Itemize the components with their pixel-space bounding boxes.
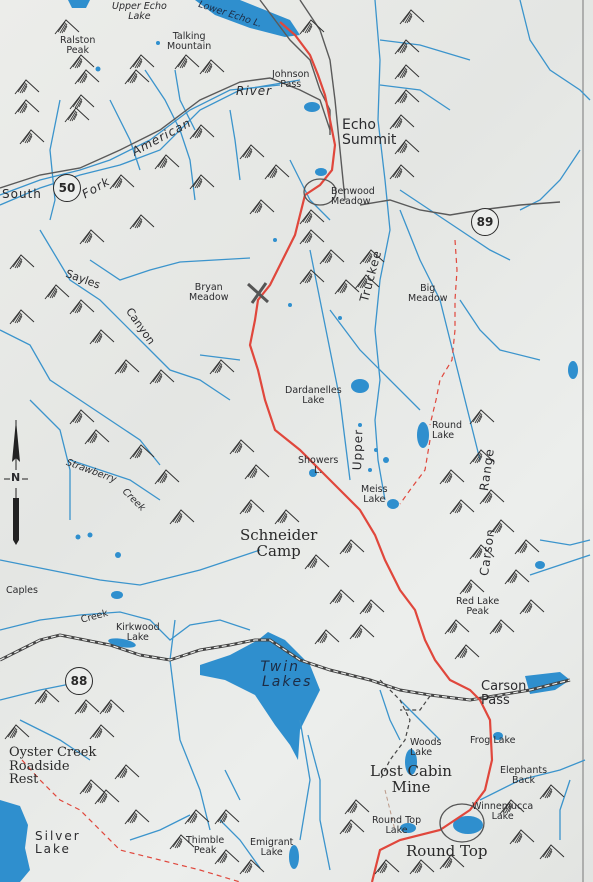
label-ralston-peak: RalstonPeak: [60, 36, 95, 56]
label-woods-lake: WoodsLake: [410, 738, 441, 758]
label-round-lake: RoundLake: [432, 421, 462, 441]
highway-88-shield: 88: [65, 667, 93, 695]
label-upper: Upper: [351, 429, 365, 471]
label-kirkwood-lake: KirkwoodLake: [116, 623, 160, 643]
trail-map: N 50 89 88 Upper EchoLake Lower Echo L. …: [0, 0, 593, 882]
label-dardanelles-lake: DardanellesLake: [285, 386, 342, 406]
label-johnson-pass: JohnsonPass: [272, 70, 309, 90]
label-red-lake-peak: Red LakePeak: [456, 597, 499, 617]
label-lost-cabin-mine: Lost CabinMine: [370, 764, 452, 796]
label-winnemucca-lake: WinnemuccaLake: [472, 802, 533, 822]
small-lake: [304, 102, 320, 112]
label-echo-summit: EchoSummit: [342, 118, 396, 147]
highway-50-shield: 50: [53, 174, 81, 202]
label-emigrant-lake: EmigrantLake: [250, 838, 293, 858]
label-silver-lake: SilverLake: [35, 830, 81, 855]
label-oyster-creek-roadside-rest: Oyster CreekRoadsideRest: [9, 746, 96, 787]
meiss-lake: [387, 499, 399, 509]
label-round-top-lake: Round TopLake: [372, 816, 421, 836]
label-meiss-lake: MeissLake: [361, 485, 388, 505]
label-schneider-camp: SchneiderCamp: [240, 528, 317, 560]
label-twin-lakes: TwinLakes: [248, 660, 312, 689]
label-frog-lake: Frog Lake: [470, 736, 515, 746]
small-lake: [111, 591, 123, 599]
compass-north-label: N: [11, 472, 20, 484]
small-lake: [535, 561, 545, 569]
pct-trail: [250, 22, 492, 882]
highway-89-shield: 89: [471, 208, 499, 236]
twin-lakes: [200, 632, 320, 760]
dardanelles-lake: [351, 379, 369, 393]
label-south: South: [2, 188, 42, 201]
round-lake: [417, 422, 429, 448]
label-showers-lake: ShowersL.: [298, 456, 338, 476]
label-bryan-meadow: BryanMeadow: [189, 283, 228, 303]
upper-echo-lake: [68, 0, 90, 8]
label-thimble-peak: ThimblePeak: [186, 836, 224, 856]
small-lake: [315, 168, 327, 176]
silver-lake: [0, 800, 30, 882]
label-benwood-meadow: BenwoodMeadow: [331, 187, 375, 207]
label-talking-mountain: TalkingMountain: [167, 32, 211, 52]
label-carson-pass: CarsonPass: [481, 680, 526, 707]
label-river: River: [236, 85, 272, 98]
label-upper-echo-lake: Upper EchoLake: [112, 2, 167, 22]
label-big-meadow: BigMeadow: [408, 284, 447, 304]
label-elephants-back: ElephantsBack: [500, 766, 547, 786]
label-caples: Caples: [6, 586, 38, 596]
label-round-top: Round Top: [406, 844, 488, 860]
small-lake: [568, 361, 578, 379]
